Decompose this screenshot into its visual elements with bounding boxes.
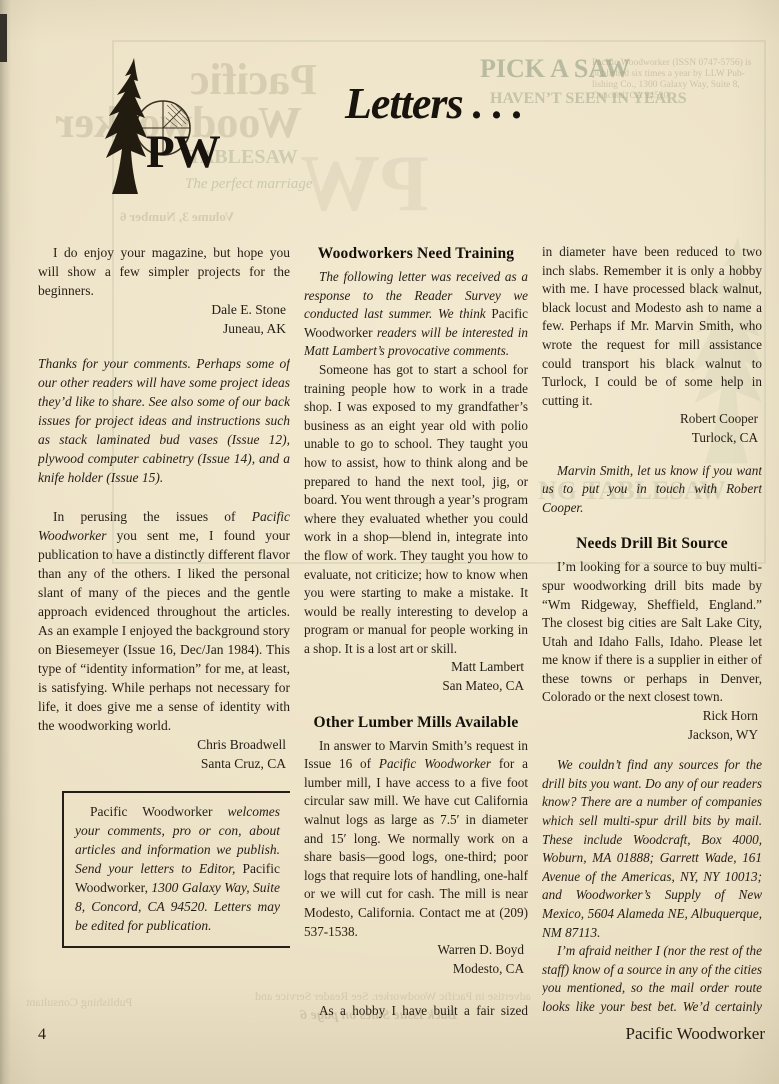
letter-paragraph: Thanks for your comments. Perhaps some o… (38, 354, 290, 487)
letter-paragraph: Someone has got to start a school for tr… (304, 361, 528, 659)
signature-line: San Mateo, CA (304, 677, 524, 696)
page-footer: 4 Pacific Woodworker (38, 1024, 765, 1044)
roman-text: Pacific Woodworker (90, 804, 228, 819)
signature-line: Rick Horn (542, 707, 758, 726)
spacer (542, 448, 762, 462)
italic-text: Pacific Woodworker (379, 756, 491, 771)
letter-paragraph: In answer to Marvin Smith’s request in I… (304, 737, 528, 942)
signature: Warren D. BoydModesto, CA (304, 941, 528, 978)
letter-paragraph: In perusing the issues of Pacific Woodwo… (38, 507, 290, 735)
section-heading: Other Lumber Mills Available (304, 714, 528, 732)
signature: Chris BroadwellSanta Cruz, CA (38, 735, 290, 773)
signature: Rick HornJackson, WY (542, 707, 762, 744)
spacer (38, 338, 290, 354)
column-1: I do enjoy your magazine, but hope you w… (38, 243, 290, 1019)
roman-text: in diameter have been reduced to two inc… (542, 244, 762, 408)
signature-line: Dale E. Stone (38, 300, 286, 319)
italic-text: Thanks for your comments. Perhaps some o… (38, 356, 290, 485)
letter-paragraph: The following letter was received as a r… (304, 268, 528, 361)
bleed-through-text: Pacific Woodworker (ISSN 0747-5756) is p… (592, 58, 751, 102)
signature-line: Chris Broadwell (38, 735, 286, 754)
spacer (38, 773, 290, 783)
letter-paragraph: in diameter have been reduced to two inc… (542, 243, 762, 410)
letter-paragraph: As a hobby I have built a fair sized ban… (304, 1002, 528, 1019)
roman-text: I’m looking for a source to buy multi-sp… (542, 559, 762, 704)
page-title: Letters . . . (345, 78, 523, 129)
page-left-edge-shadow (0, 0, 11, 1084)
signature-line: Robert Cooper (542, 410, 758, 429)
signature-line: Santa Cruz, CA (38, 754, 286, 773)
letter-paragraph: I’m afraid neither I (nor the rest of th… (542, 942, 762, 1019)
letter-paragraph: I do enjoy your magazine, but hope you w… (38, 243, 290, 300)
spacer (542, 744, 762, 756)
bleed-through-text: Volume 3, Number 6 (120, 210, 234, 225)
letter-paragraph: I’m looking for a source to buy multi-sp… (542, 558, 762, 707)
column-2: Woodworkers Need TrainingThe following l… (304, 243, 528, 1019)
letter-paragraph: Marvin Smith, let us know if you want us… (542, 462, 762, 518)
italic-text: Marvin Smith, let us know if you want us… (542, 463, 762, 515)
column-3: in diameter have been reduced to two inc… (542, 243, 762, 1019)
magazine-name: Pacific Woodworker (626, 1024, 765, 1044)
italic-text: We couldn’t find any sources for the dri… (542, 757, 762, 939)
roman-text: you sent me, I found your publication to… (38, 528, 290, 733)
pacific-woodworker-logo: PW (98, 54, 248, 204)
spacer (38, 487, 290, 507)
signature-line: Juneau, AK (38, 319, 286, 338)
signature-line: Modesto, CA (304, 960, 524, 979)
spacer (304, 978, 528, 1002)
italic-text: I’m afraid neither I (nor the rest of th… (542, 943, 762, 1019)
signature-line: Jackson, WY (542, 726, 758, 745)
roman-text: for a lumber mill, I have access to a fi… (304, 756, 528, 938)
roman-text: As a hobby I have built a fair sized ban… (304, 1003, 528, 1019)
roman-text: Someone has got to start a school for tr… (304, 362, 528, 656)
signature-line: Warren D. Boyd (304, 941, 524, 960)
letter-paragraph: We couldn’t find any sources for the dri… (542, 756, 762, 942)
section-heading: Woodworkers Need Training (304, 245, 528, 263)
editor-note-box: Pacific Woodworker welcomes your comment… (62, 791, 290, 948)
letters-columns: I do enjoy your magazine, but hope you w… (38, 243, 762, 1019)
editor-note-paragraph: Pacific Woodworker welcomes your comment… (75, 802, 280, 935)
pine-tree-icon (105, 58, 147, 194)
roman-text: In perusing the issues of (53, 509, 252, 524)
signature-line: Matt Lambert (304, 658, 524, 677)
signature-line: Turlock, CA (542, 429, 758, 448)
section-heading: Needs Drill Bit Source (542, 535, 762, 553)
page-number: 4 (38, 1026, 46, 1044)
roman-text: I do enjoy your magazine, but hope you w… (38, 245, 290, 298)
signature: Dale E. StoneJuneau, AK (38, 300, 290, 338)
logo-monogram: PW (146, 126, 221, 178)
bleed-through-text: PW (300, 138, 429, 230)
signature: Matt LambertSan Mateo, CA (304, 658, 528, 695)
signature: Robert CooperTurlock, CA (542, 410, 762, 447)
scan-corner-mark (0, 14, 7, 62)
